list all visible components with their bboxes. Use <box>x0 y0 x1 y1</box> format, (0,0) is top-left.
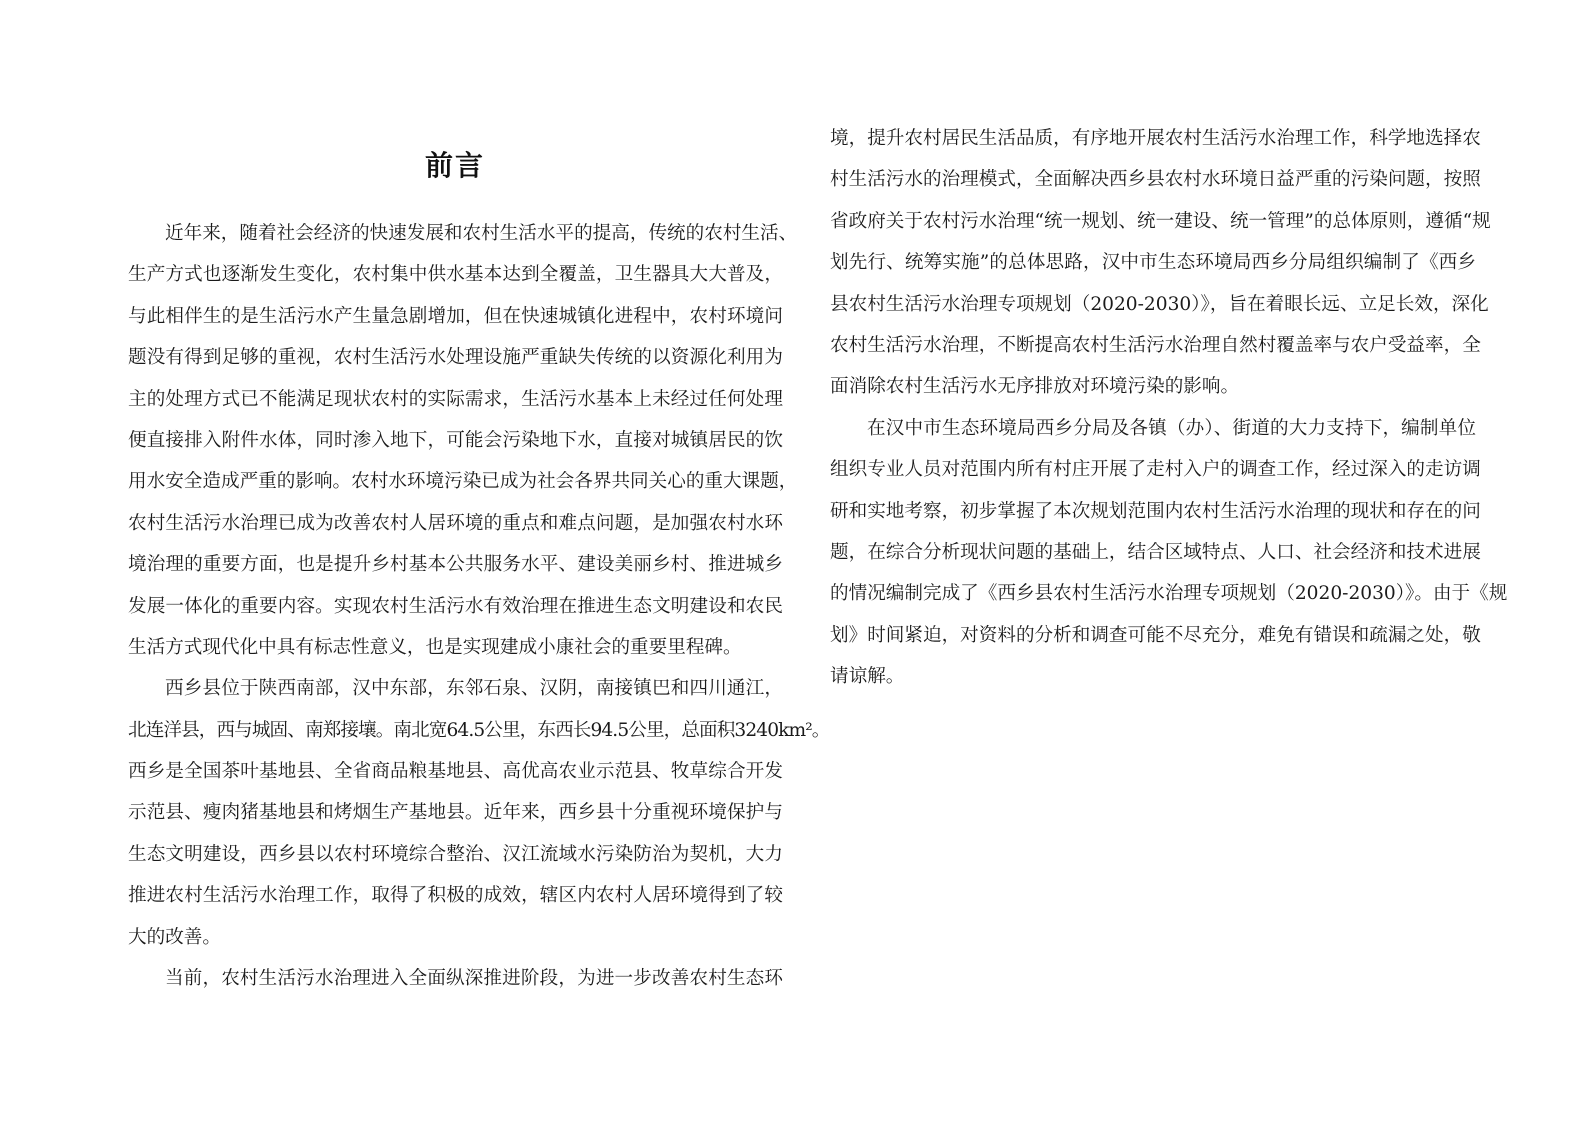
document-page: 前言 近年来，随着社会经济的快速发展和农村生活水平的提高，传统的农村生活、 生产… <box>0 0 1587 1122</box>
text-line: 在汉中市生态环境局西乡分局及各镇（办）、街道的大力支持下，编制单位 <box>830 408 1476 449</box>
text-line: 境，提升农村居民生活品质，有序地开展农村生活污水治理工作，科学地选择农 <box>830 118 1476 159</box>
text-line: 划先行、统筹实施”的总体思路，汉中市生态环境局西乡分局组织编制了《西乡 <box>830 242 1476 283</box>
text-line: 生态文明建设，西乡县以农村环境综合整治、汉江流域水污染防治为契机，大力 <box>128 834 783 875</box>
text-line: 北连洋县，西与城固、南郑接壤。南北宽64.5公里，东西长94.5公里，总面积32… <box>128 710 783 751</box>
text-line: 组织专业人员对范围内所有村庄开展了走村入户的调查工作，经过深入的走访调 <box>830 449 1476 490</box>
text-line: 发展一体化的重要内容。实现农村生活污水有效治理在推进生态文明建设和农民 <box>128 586 783 627</box>
text-line: 用水安全造成严重的影响。农村水环境污染已成为社会各界共同关心的重大课题， <box>128 461 783 502</box>
text-line: 便直接排入附件水体，同时渗入地下，可能会污染地下水，直接对城镇居民的饮 <box>128 420 783 461</box>
text-line: 题，在综合分析现状问题的基础上，结合区域特点、人口、社会经济和技术进展 <box>830 532 1476 573</box>
right-column: 境，提升农村居民生活品质，有序地开展农村生活污水治理工作，科学地选择农 村生活污… <box>830 118 1476 697</box>
text-line: 农村生活污水治理已成为改善农村人居环境的重点和难点问题，是加强农村水环 <box>128 503 783 544</box>
text-line: 主的处理方式已不能满足现状农村的实际需求，生活污水基本上未经过任何处理 <box>128 379 783 420</box>
text-line: 生产方式也逐渐发生变化，农村集中供水基本达到全覆盖，卫生器具大大普及， <box>128 254 783 295</box>
text-line: 的情况编制完成了《西乡县农村生活污水治理专项规划（2020-2030）》。由于《… <box>830 573 1476 614</box>
text-line: 生活方式现代化中具有标志性意义，也是实现建成小康社会的重要里程碑。 <box>128 627 783 668</box>
text-line: 示范县、瘦肉猪基地县和烤烟生产基地县。近年来，西乡县十分重视环境保护与 <box>128 792 783 833</box>
paragraph-intro: 近年来，随着社会经济的快速发展和农村生活水平的提高，传统的农村生活、 生产方式也… <box>128 213 783 668</box>
text-line: 与此相伴生的是生活污水产生量急剧增加，但在快速城镇化进程中，农村环境问 <box>128 296 783 337</box>
left-column: 近年来，随着社会经济的快速发展和农村生活水平的提高，传统的农村生活、 生产方式也… <box>128 213 783 999</box>
text-line: 推进农村生活污水治理工作，取得了积极的成效，辖区内农村人居环境得到了较 <box>128 875 783 916</box>
text-line: 题没有得到足够的重视，农村生活污水处理设施严重缺失传统的以资源化利用为 <box>128 337 783 378</box>
text-line: 研和实地考察，初步掌握了本次规划范围内农村生活污水治理的现状和存在的问 <box>830 491 1476 532</box>
paragraph-current-stage-continued: 境，提升农村居民生活品质，有序地开展农村生活污水治理工作，科学地选择农 村生活污… <box>830 118 1476 408</box>
text-line: 农村生活污水治理，不断提高农村生活污水治理自然村覆盖率与农户受益率，全 <box>830 325 1476 366</box>
text-line: 县农村生活污水治理专项规划（2020-2030）》，旨在着眼长远、立足长效，深化 <box>830 284 1476 325</box>
text-line: 划》时间紧迫，对资料的分析和调查可能不尽充分，难免有错误和疏漏之处，敬 <box>830 615 1476 656</box>
text-line: 大的改善。 <box>128 917 783 958</box>
text-line: 面消除农村生活污水无序排放对环境污染的影响。 <box>830 366 1476 407</box>
text-line: 当前，农村生活污水治理进入全面纵深推进阶段，为进一步改善农村生态环 <box>128 958 783 999</box>
text-line: 村生活污水的治理模式，全面解决西乡县农村水环境日益严重的污染问题，按照 <box>830 159 1476 200</box>
paragraph-county-overview: 西乡县位于陕西南部，汉中东部，东邻石泉、汉阴，南接镇巴和四川通江， 北连洋县，西… <box>128 668 783 958</box>
page-title: 前言 <box>128 146 782 186</box>
text-line: 西乡县位于陕西南部，汉中东部，东邻石泉、汉阴，南接镇巴和四川通江， <box>128 668 783 709</box>
text-line: 省政府关于农村污水治理“统一规划、统一建设、统一管理”的总体原则，遵循“规 <box>830 201 1476 242</box>
paragraph-acknowledgement: 在汉中市生态环境局西乡分局及各镇（办）、街道的大力支持下，编制单位 组织专业人员… <box>830 408 1476 698</box>
text-line: 境治理的重要方面，也是提升乡村基本公共服务水平、建设美丽乡村、推进城乡 <box>128 544 783 585</box>
text-line: 近年来，随着社会经济的快速发展和农村生活水平的提高，传统的农村生活、 <box>128 213 783 254</box>
paragraph-current-stage: 当前，农村生活污水治理进入全面纵深推进阶段，为进一步改善农村生态环 <box>128 958 783 999</box>
text-line: 西乡是全国茶叶基地县、全省商品粮基地县、高优高农业示范县、牧草综合开发 <box>128 751 783 792</box>
text-line: 请谅解。 <box>830 656 1476 697</box>
